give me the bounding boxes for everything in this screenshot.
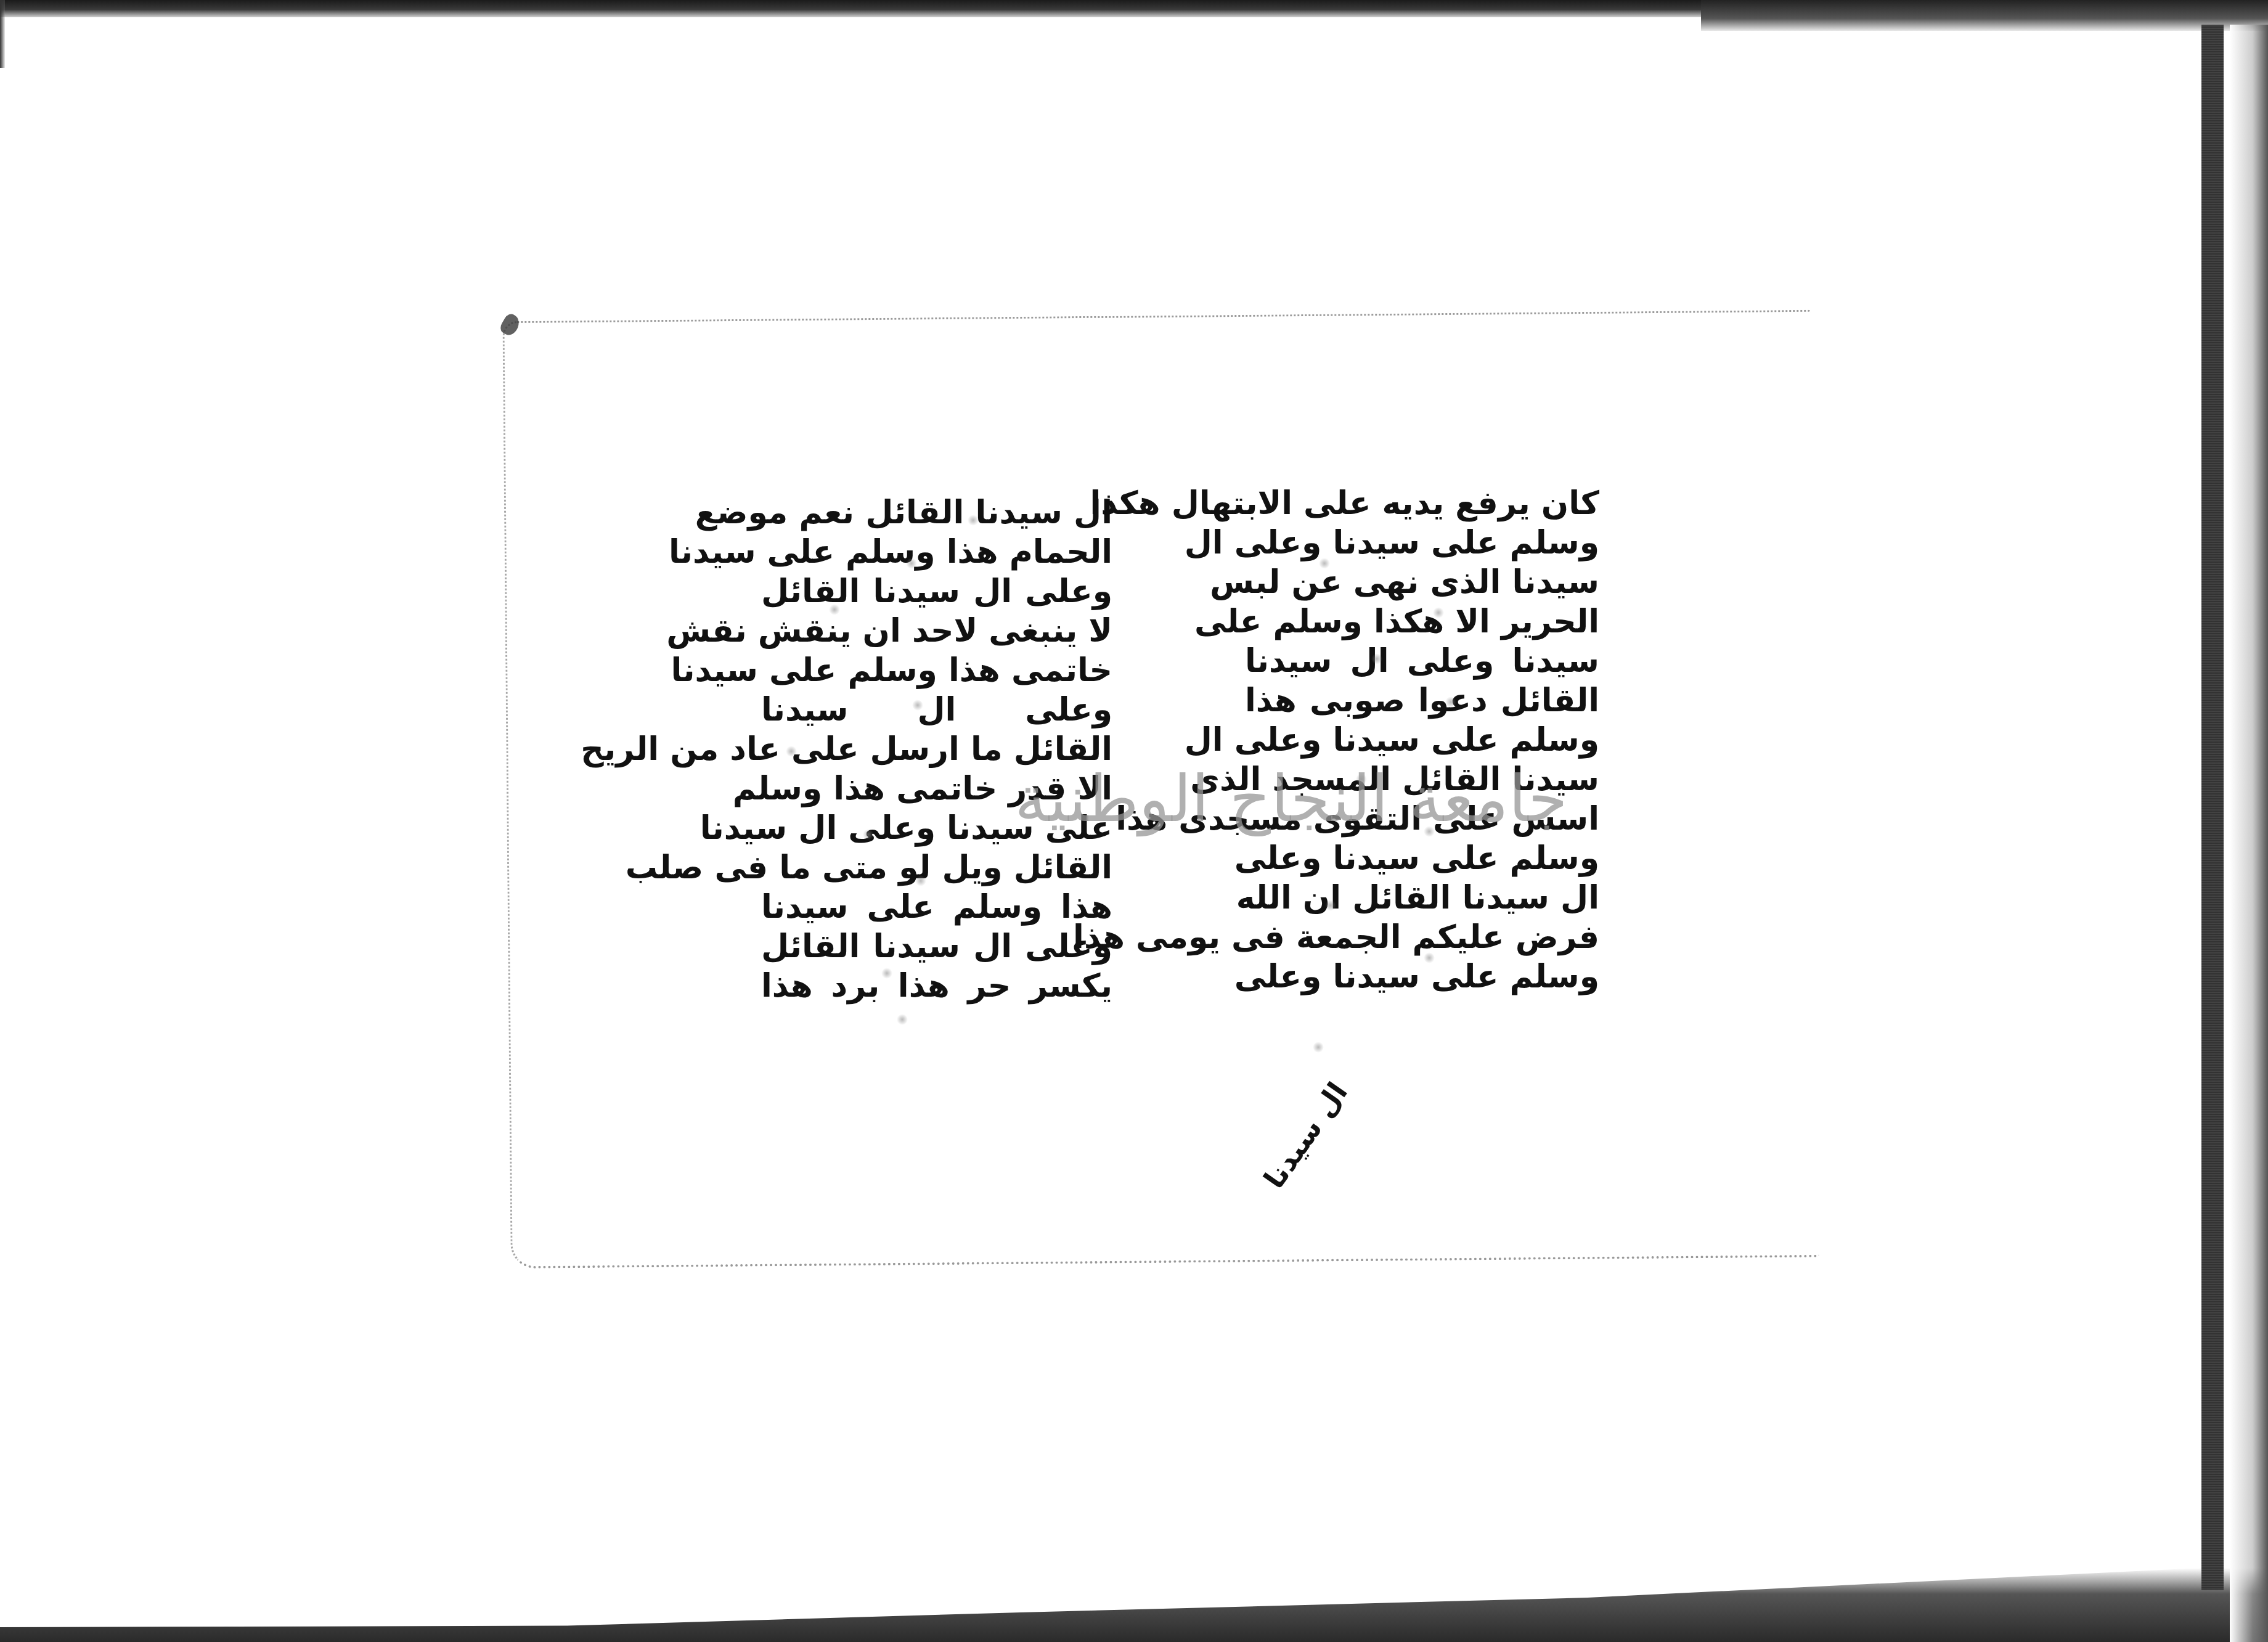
text-line: على سيدنا وعلى ال سيدنا <box>761 809 1112 848</box>
text-line: فرض عليكم الجمعة فى يومى هذا <box>1245 918 1599 957</box>
text-line: خاتمى هذا وسلم على سيدنا <box>761 651 1112 690</box>
text-line: وعلى ال سيدنا القائل <box>761 927 1112 966</box>
verse-separator-mark <box>915 875 926 886</box>
text-line: القائل دعوا صوبى هذا <box>1245 681 1599 721</box>
text-line: سيدنا القائل المسجد الذى <box>1245 760 1599 799</box>
verse-separator-mark <box>906 558 917 569</box>
text-line: ال سيدنا القائل نعم موضع <box>761 493 1112 533</box>
text-line: الحرير الا هكذا وسلم على <box>1245 602 1599 642</box>
text-line: ال سيدنا القائل ان الله <box>1245 878 1599 918</box>
text-line: يكسر حر هذا برد هذا <box>761 966 1112 1006</box>
verse-separator-mark <box>863 829 874 840</box>
text-line: القائل ويل لو متى ما فى صلب <box>761 848 1112 888</box>
verse-separator-mark <box>968 515 979 526</box>
scan-edge-top-right <box>1701 0 2268 31</box>
left-page-text: ال سيدنا القائل نعم موضع الحمام هذا وسلم… <box>761 493 1112 1006</box>
verse-separator-mark <box>1371 653 1382 664</box>
scan-edge-right-shadow <box>2230 25 2268 1642</box>
right-page-text: كان يرفع يديه على الابتهال هكذا وسلم على… <box>1245 484 1599 997</box>
verse-separator-mark <box>1319 558 1330 569</box>
text-line: سيدنا الذى نهى عن لبس <box>1245 563 1599 602</box>
text-line: وسلم على سيدنا وعلى <box>1245 839 1599 878</box>
text-line: الا قدر خاتمى هذا وسلم <box>761 769 1112 809</box>
text-line: لا ينبغى لاحد ان ينقش نقش <box>761 611 1112 651</box>
verse-separator-mark <box>1313 1042 1324 1053</box>
text-line: كان يرفع يديه على الابتهال هكذا <box>1245 484 1599 523</box>
text-line: اسس على التقوى مسجدى هذا <box>1245 799 1599 839</box>
scan-edge-right-bar <box>2201 25 2224 1590</box>
verse-separator-mark <box>1325 900 1336 911</box>
scan-edge-left <box>0 0 5 68</box>
verse-separator-mark <box>829 604 840 615</box>
manuscript-page-outline <box>502 310 1819 1268</box>
text-line: القائل ما ارسل على عاد من الريح <box>761 730 1112 769</box>
text-line: وعلى ال سيدنا <box>761 690 1112 730</box>
verse-separator-mark <box>897 1014 908 1025</box>
verse-separator-mark <box>1424 826 1435 837</box>
text-line: سيدنا وعلى ال سيدنا <box>1245 642 1599 681</box>
text-line: وسلم على سيدنا وعلى <box>1245 957 1599 997</box>
text-line: وعلى ال سيدنا القائل <box>761 572 1112 611</box>
text-line: الحمام هذا وسلم على سيدنا <box>761 533 1112 572</box>
verse-separator-mark <box>786 746 797 757</box>
verse-separator-mark <box>1433 607 1444 618</box>
verse-separator-mark <box>1445 696 1456 708</box>
verse-separator-mark <box>881 968 892 979</box>
text-line: وسلم على سيدنا وعلى ال <box>1245 721 1599 760</box>
text-line: وسلم على سيدنا وعلى ال <box>1245 523 1599 563</box>
verse-separator-mark <box>1356 774 1367 785</box>
verse-separator-mark <box>1424 952 1435 963</box>
scan-edge-bottom <box>0 1568 2268 1642</box>
manuscript-scan: ال سيدنا القائل نعم موضع الحمام هذا وسلم… <box>0 0 2268 1642</box>
verse-separator-mark <box>912 700 923 711</box>
text-line: هذا وسلم على سيدنا <box>761 888 1112 927</box>
